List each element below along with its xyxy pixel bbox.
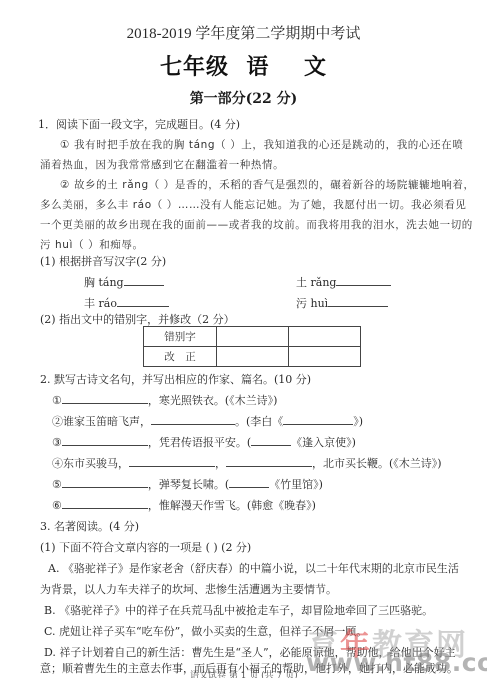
item-text: 《竹里馆》) — [269, 478, 323, 491]
item-number: ⑤ — [52, 478, 62, 491]
item-text: ，寒光照铁衣。(《木兰诗》) — [148, 394, 278, 407]
table-cell[interactable] — [217, 327, 289, 347]
answer-blank[interactable] — [62, 393, 148, 404]
answer-blank[interactable] — [129, 456, 215, 467]
answer-blank[interactable] — [62, 435, 148, 446]
table-row: 错别字 — [144, 327, 361, 347]
item-text: ，惟解漫天作雪飞。(韩愈《晚春》) — [148, 499, 316, 512]
answer-blank[interactable] — [328, 296, 388, 307]
item-text: ，凭君传语报平安。( — [148, 436, 251, 449]
pinyin-item-rao: 丰 ráo — [84, 295, 169, 311]
table-cell[interactable] — [289, 327, 361, 347]
subject-title: 七年级 语 文 — [0, 50, 487, 81]
table-cell[interactable] — [217, 347, 289, 367]
item-text: ④东市买骏马， — [52, 457, 129, 470]
option-b: B. 《骆驼祥子》中的祥子在兵荒马乱中被抢走车子，却冒险地牵回了三匹骆驼。 — [44, 602, 433, 618]
option-c: C. 虎妞让祥子买车“吃车份”，做小买卖的生意，但祥子不屑一顾。 — [44, 623, 367, 639]
q2-item-4: ④东市买骏马，，，北市买长鞭。(《木兰诗》) — [52, 455, 442, 471]
item-text: 。(李白《 — [235, 415, 283, 428]
typo-correction-table: 错别字 改 正 — [143, 326, 361, 367]
q2-item-1: ①，寒光照铁衣。(《木兰诗》) — [52, 392, 277, 408]
item-text: ②谁家玉笛暗飞声， — [52, 415, 151, 428]
pinyin-label: 胸 táng — [84, 276, 124, 289]
q1-para1-line1: ① 我有时把手放在我的胸 táng（ ）上，我知道我的心还是跳动的，我的心还在喷 — [60, 137, 463, 152]
q2-item-5: ⑤，弹琴复长啸。(《竹里馆》) — [52, 476, 323, 492]
item-text: ，弹琴复长啸。( — [148, 478, 229, 491]
answer-blank[interactable] — [62, 498, 148, 509]
answer-blank[interactable] — [336, 275, 391, 286]
row-header-correction: 改 正 — [144, 347, 217, 367]
item-text: ，北市买长鞭。(《木兰诗》) — [312, 457, 442, 470]
option-a-line2: 为背景，以人力车夫祥子的坎坷、悲惨生活遭遇为主要情节。 — [40, 581, 337, 597]
page-footer: 语文试卷 第 1 页 (共 7 页) — [190, 668, 298, 678]
q1-para1-line2: 涌着热血，因为我常常感到它在翻滥着一种热情。 — [40, 157, 284, 172]
pinyin-label: 土 rǎng — [296, 276, 336, 289]
option-d-line1: D. 祥子计划着自己的新生活：曹先生是“圣人”，必能原谅他，帮助他，给他出个好主 — [44, 644, 456, 660]
answer-blank[interactable] — [124, 275, 164, 286]
q1-sub1-label: (1) 根据拼音写汉字(2 分) — [40, 253, 166, 269]
part-title: 第一部分(22 分) — [0, 88, 487, 108]
pinyin-item-tang: 胸 táng — [84, 274, 164, 290]
answer-blank[interactable] — [229, 477, 269, 488]
item-number: ① — [52, 394, 62, 407]
answer-blank[interactable] — [117, 296, 169, 307]
item-number: ③ — [52, 436, 62, 449]
item-number: ⑥ — [52, 499, 62, 512]
q3-sub1: (1) 下面不符合文章内容的一项是 ( ) (2 分) — [40, 539, 251, 555]
pinyin-label: 污 huì — [296, 297, 328, 310]
q2-stem: 2. 默写古诗文名句，并写出相应的作家、篇名。(10 分) — [40, 371, 311, 387]
item-text: 《逢入京使》) — [291, 436, 356, 449]
table-cell[interactable] — [289, 347, 361, 367]
pinyin-label: 丰 ráo — [84, 297, 117, 310]
answer-blank[interactable] — [226, 456, 312, 467]
exam-title: 2018-2019 学年度第二学期期中考试 — [0, 22, 487, 43]
table-row: 改 正 — [144, 347, 361, 367]
answer-blank[interactable] — [62, 477, 148, 488]
q2-item-2: ②谁家玉笛暗飞声，。(李白《》) — [52, 413, 363, 429]
q3-stem: 3. 名著阅读。(4 分) — [40, 518, 139, 534]
q1-stem: 1．阅读下面一段文字，完成题目。(4 分) — [38, 116, 240, 132]
answer-blank[interactable] — [151, 414, 235, 425]
row-header-typo: 错别字 — [144, 327, 217, 347]
item-text: 》) — [353, 415, 363, 428]
q1-para2-line2: 多么美丽，多么丰 ráo（ ）……没有人能忘记她。为了她，我愿付出一切。我必须看… — [40, 197, 466, 212]
q1-para2-line1: ② 故乡的土 rǎng（ ）是香的，禾稻的香气是强烈的，碾着新谷的场院辘辘地响着… — [60, 177, 475, 192]
answer-blank[interactable] — [251, 435, 291, 446]
q2-item-6: ⑥，惟解漫天作雪飞。(韩愈《晚春》) — [52, 497, 316, 513]
pinyin-item-rang: 土 rǎng — [296, 274, 391, 290]
option-a-line1: A. 《骆驼祥子》是作家老舍（舒庆春）的中篇小说，以二十年代末期的北京市民生活 — [48, 560, 459, 576]
answer-blank[interactable] — [283, 414, 353, 425]
q1-para2-line3: 一个更美丽的故乡出现在我的面前——或者我的坟前。而我将用我的泪水，洗去她一切的 — [40, 217, 473, 232]
q2-item-3: ③，凭君传语报平安。(《逢入京使》) — [52, 434, 356, 450]
pinyin-item-hui: 污 huì — [296, 295, 388, 311]
q1-para2-line4: 污 huì（ ）和痴辱。 — [40, 237, 144, 252]
item-text: ， — [215, 457, 226, 470]
q1-sub2-label: (2) 指出文中的错别字，并修改（2 分） — [40, 311, 235, 327]
